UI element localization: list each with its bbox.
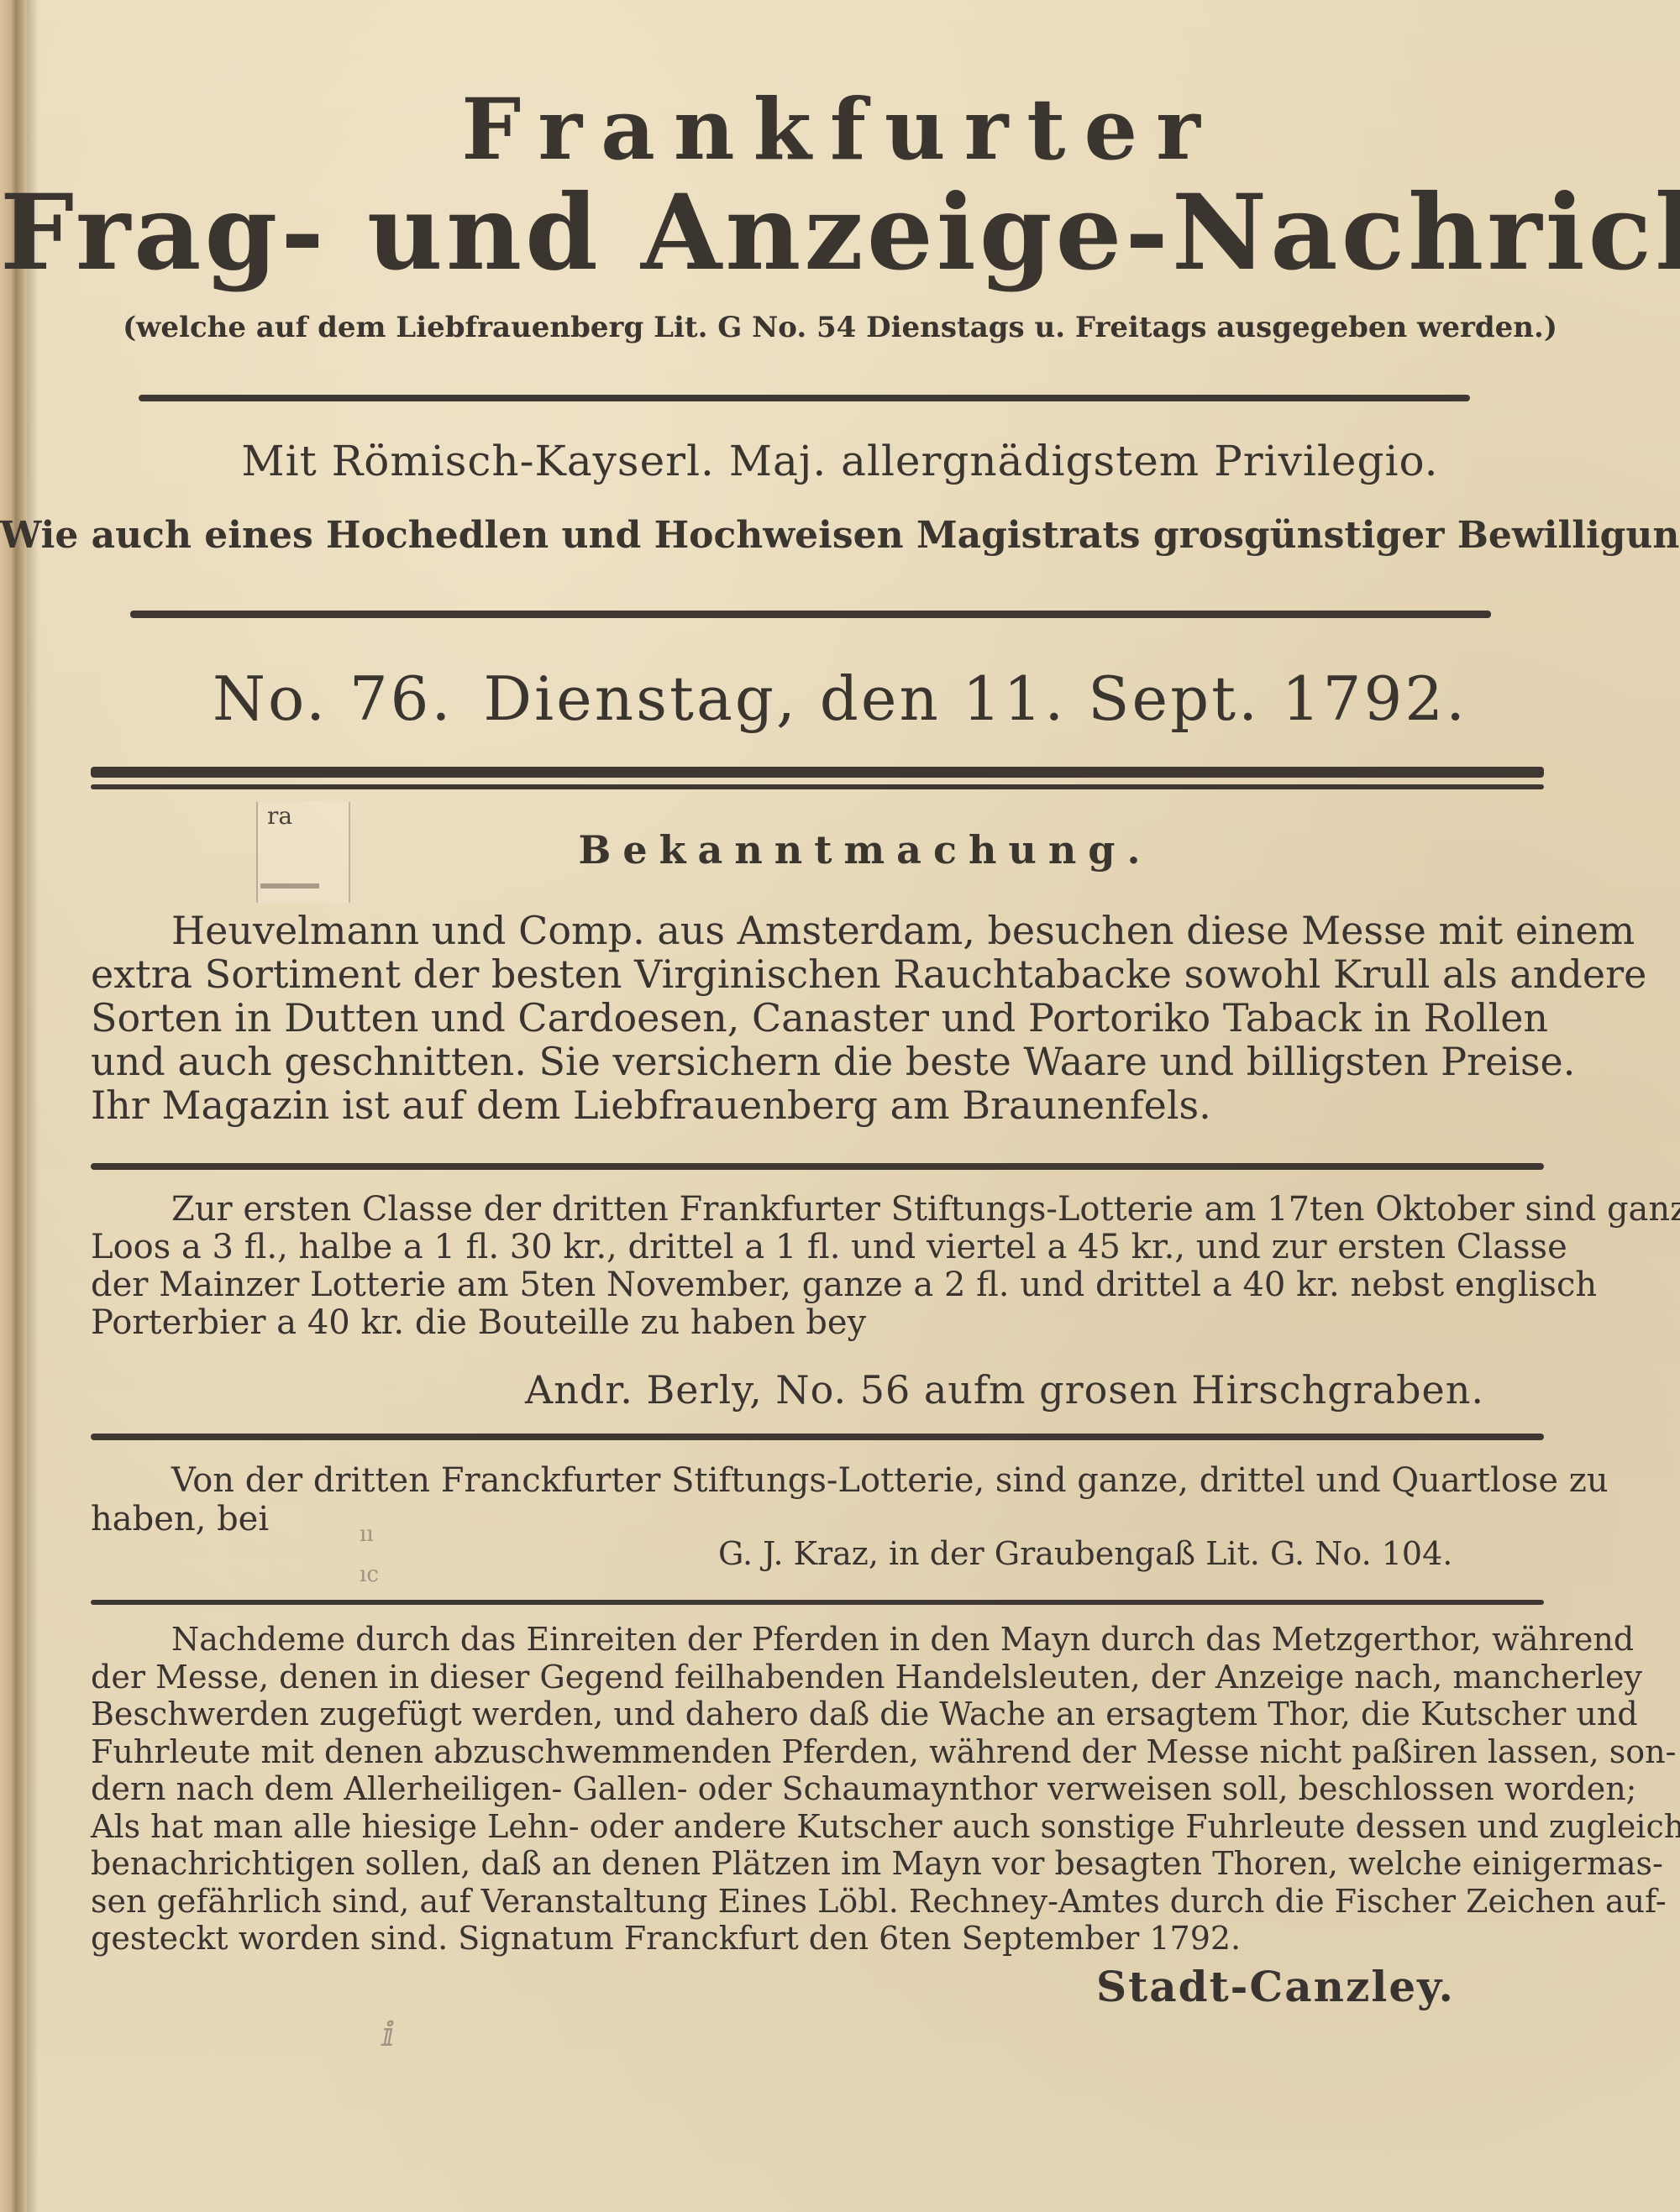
privilege-line-2: Wie auch eines Hochedlen und Hochweisen … xyxy=(0,514,1680,557)
text-line: extra Sortiment der besten Virginischen … xyxy=(91,952,1546,996)
faint-offset-mark: ıc xyxy=(360,1562,379,1587)
faint-offset-mark: ⅈ xyxy=(382,2015,395,2054)
masthead-title-line-1: Frankfurter xyxy=(0,80,1680,179)
text-line: der Mainzer Lotterie am 5ten November, g… xyxy=(91,1266,1546,1304)
rule-double-top xyxy=(91,767,1544,778)
text-line: und auch geschnitten. Sie versichern die… xyxy=(91,1040,1546,1083)
text-line: benachrichtigen sollen, daß an denen Plä… xyxy=(91,1845,1546,1883)
library-slip-mark xyxy=(260,883,319,888)
text-line: dern nach dem Allerheiligen- Gallen- ode… xyxy=(91,1770,1546,1808)
rule-divider xyxy=(91,1163,1544,1170)
text-line: gesteckt worden sind. Signatum Franckfur… xyxy=(91,1920,1546,1958)
announcement-stadt-canzley: Nachdeme durch das Einreiten der Pferden… xyxy=(91,1621,1546,1958)
text-line: Loos a 3 fl., halbe a 1 fl. 30 kr., drit… xyxy=(91,1229,1546,1266)
text-line: Beschwerden zugefügt werden, und dahero … xyxy=(91,1696,1546,1733)
issue-number: No. 76. xyxy=(213,663,453,734)
section-heading-bekanntmachung: Bekanntmachung. xyxy=(0,827,1680,873)
text-line: Von der dritten Franckfurter Stiftungs-L… xyxy=(91,1461,1546,1500)
rule-divider xyxy=(91,1434,1544,1440)
announcement-lotterie-berly: Zur ersten Classe der dritten Frankfurte… xyxy=(91,1191,1546,1342)
text-line: Nachdeme durch das Einreiten der Pferden… xyxy=(91,1621,1546,1659)
library-slip-text: ra xyxy=(267,802,292,830)
signature-stadt-canzley: Stadt-Canzley. xyxy=(1096,1962,1455,2011)
issue-line: No. 76.Dienstag, den 11. Sept. 1792. xyxy=(0,663,1680,734)
text-line: Als hat man alle hiesige Lehn- oder ande… xyxy=(91,1808,1546,1846)
announcement-lotterie-kraz: Von der dritten Franckfurter Stiftungs-L… xyxy=(91,1461,1546,1538)
faint-offset-mark: ıı xyxy=(360,1522,374,1547)
text-line: der Messe, denen in dieser Gegend feilha… xyxy=(91,1659,1546,1696)
text-line: Ihr Magazin ist auf dem Liebfrauenberg a… xyxy=(91,1083,1546,1127)
rule-divider xyxy=(91,1600,1544,1605)
masthead-title-line-2: Frag- und Anzeige-Nachrichten xyxy=(0,172,1680,294)
masthead-subtitle: (welche auf dem Liebfrauenberg Lit. G No… xyxy=(0,311,1680,344)
signature-kraz: G. J. Kraz, in der Graubengaß Lit. G. No… xyxy=(718,1535,1452,1572)
issue-date: Dienstag, den 11. Sept. 1792. xyxy=(483,663,1467,734)
privilege-line-1: Mit Römisch-Kayserl. Maj. allergnädigste… xyxy=(0,437,1680,485)
text-line: haben, bei xyxy=(91,1500,1546,1538)
text-line: Sorten in Dutten und Cardoesen, Canaster… xyxy=(91,996,1546,1040)
text-line: Fuhrleute mit denen abzuschwemmenden Pfe… xyxy=(91,1733,1546,1771)
announcement-heuvelmann: Heuvelmann und Comp. aus Amsterdam, besu… xyxy=(91,909,1546,1127)
signature-berly: Andr. Berly, No. 56 aufm grosen Hirschgr… xyxy=(525,1367,1484,1413)
rule-double-bottom xyxy=(91,784,1544,789)
rule-divider xyxy=(139,395,1470,401)
text-line: Porterbier a 40 kr. die Bouteille zu hab… xyxy=(91,1304,1546,1342)
rule-divider xyxy=(130,611,1491,618)
text-line: Zur ersten Classe der dritten Frankfurte… xyxy=(91,1191,1546,1229)
text-line: Heuvelmann und Comp. aus Amsterdam, besu… xyxy=(91,909,1546,952)
text-line: sen gefährlich sind, auf Veranstaltung E… xyxy=(91,1883,1546,1921)
